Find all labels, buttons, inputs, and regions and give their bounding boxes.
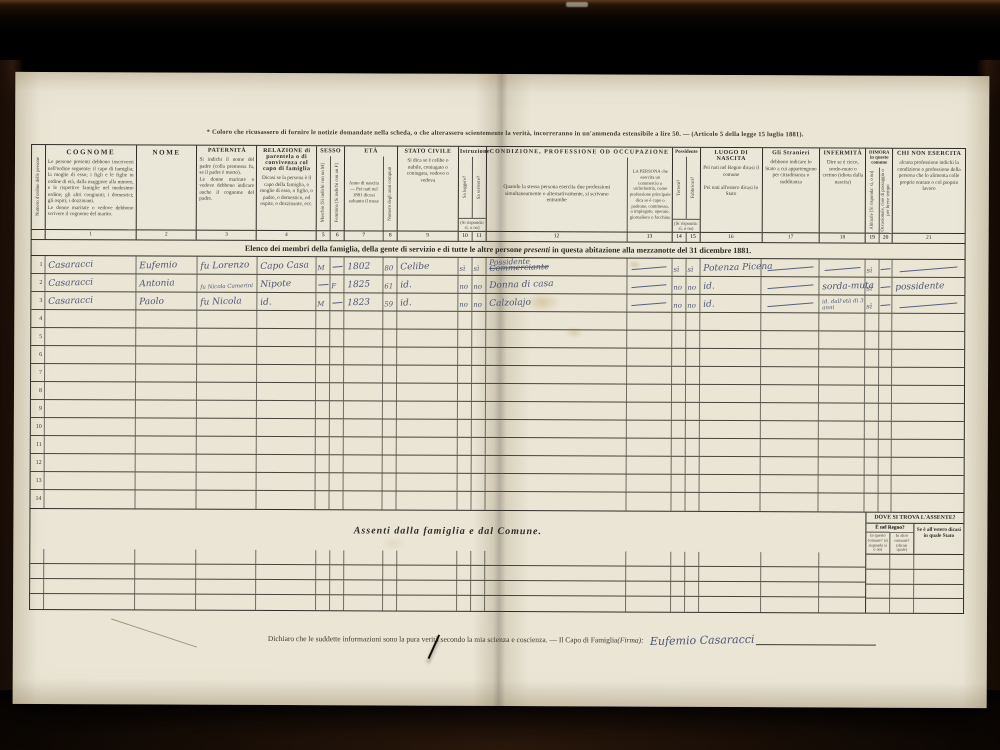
cell-occupazione bbox=[486, 330, 627, 348]
cell-cognome bbox=[45, 328, 136, 345]
cell-sesso-m bbox=[316, 580, 330, 594]
cell-luogo bbox=[700, 313, 762, 330]
cell-anno bbox=[344, 347, 383, 364]
cell-fabbricati bbox=[685, 403, 699, 420]
row-number: 9 bbox=[31, 400, 45, 417]
cell-cognome bbox=[44, 490, 135, 508]
cell-luogo bbox=[699, 567, 761, 581]
cell-sesso-f bbox=[330, 491, 344, 509]
cell-nome: Paolo bbox=[136, 292, 197, 309]
cell-terreni bbox=[672, 331, 686, 348]
cell-cognome bbox=[45, 436, 136, 453]
cell-scrive bbox=[472, 438, 486, 455]
cell-sesso-f bbox=[330, 365, 344, 382]
cell-anno bbox=[344, 365, 383, 382]
col-number: 2 bbox=[136, 229, 196, 239]
cell-occupazione: Calzolajo bbox=[486, 294, 627, 312]
cell-occasionale bbox=[879, 332, 892, 349]
cell-abituale bbox=[865, 368, 879, 385]
table-surface-top bbox=[0, 0, 1000, 78]
cell-alimento bbox=[893, 260, 965, 277]
dove-cell bbox=[866, 570, 890, 584]
sesso-f-label: Femmina [Si indichi con un F] bbox=[335, 164, 341, 223]
cell-nome bbox=[136, 346, 197, 363]
handwritten-dash bbox=[768, 284, 813, 289]
cell-relazione bbox=[256, 580, 316, 594]
col-number: 17 bbox=[762, 232, 819, 242]
handwritten-entry: 1802 bbox=[348, 262, 371, 273]
handwritten-entry: Paolo bbox=[139, 297, 164, 308]
handwritten-dash bbox=[318, 284, 328, 286]
cell-cognome bbox=[45, 418, 136, 435]
col-numbers: 1415 bbox=[672, 232, 699, 242]
dove-row bbox=[866, 555, 963, 570]
cell-scrive: no bbox=[472, 276, 486, 293]
handwritten-dash bbox=[824, 267, 860, 271]
dove-cell bbox=[914, 555, 963, 569]
cell-stranieri bbox=[762, 349, 820, 366]
col-nome: NOME 2 bbox=[136, 145, 197, 239]
cell-terreni bbox=[671, 582, 685, 596]
cell-infermita bbox=[819, 421, 865, 438]
cell-sesso-m bbox=[316, 565, 330, 579]
cell-luogo: id. bbox=[700, 295, 762, 312]
handwritten-entry: F bbox=[332, 282, 337, 290]
cell-terreni bbox=[671, 597, 685, 612]
assenti-rows bbox=[30, 549, 865, 613]
handwritten-dash bbox=[768, 302, 813, 307]
row-number: 3 bbox=[31, 292, 45, 309]
chi-non-esercita-title: CHI NON ESERCITA bbox=[893, 149, 965, 159]
cell-relazione bbox=[256, 419, 316, 436]
col-infermita: INFERMITÀ Dire se è cieco, sordo-muto o … bbox=[820, 148, 866, 242]
cell-sesso-m bbox=[316, 550, 330, 564]
cell-alimento bbox=[892, 404, 964, 421]
cell-occupazione bbox=[486, 581, 627, 596]
cell-fabbricati bbox=[686, 313, 700, 330]
cell-terreni bbox=[671, 421, 685, 438]
cell-anni bbox=[383, 329, 397, 346]
cell-paternita bbox=[196, 419, 256, 436]
row-number: 11 bbox=[31, 436, 45, 453]
cell-cognome bbox=[45, 472, 136, 489]
sa-scrivere-label: Sa scrivere? bbox=[477, 176, 482, 199]
cell-luogo bbox=[700, 367, 762, 384]
cell-occupazione: Donna di casa bbox=[486, 276, 627, 294]
cell-anno bbox=[344, 383, 383, 400]
cell-anni bbox=[383, 365, 397, 382]
cell-relazione bbox=[256, 491, 316, 509]
infermita-title: INFERMITÀ bbox=[820, 148, 865, 158]
cell-sesso-m bbox=[316, 401, 330, 418]
cell-anno: 1802 bbox=[345, 257, 384, 274]
cell-anno: 1823 bbox=[345, 293, 384, 310]
cell-qualifica bbox=[627, 421, 672, 438]
cell-scrive bbox=[472, 492, 486, 510]
handwritten-entry: id. dall'età di 3 anni bbox=[822, 298, 864, 311]
handwritten-entry: no bbox=[473, 301, 482, 309]
cell-sesso-m bbox=[316, 473, 330, 490]
cell-occasionale bbox=[879, 458, 892, 475]
cell-scrive bbox=[472, 402, 486, 419]
cell-alimento bbox=[892, 494, 964, 512]
cell-infermita bbox=[819, 403, 865, 420]
cell-sesso-m bbox=[316, 419, 330, 436]
cell-cognome: Casaracci bbox=[45, 256, 136, 273]
cell-infermita bbox=[819, 349, 865, 366]
cell-occasionale bbox=[879, 404, 892, 421]
cell-paternita bbox=[196, 580, 256, 594]
handwritten-entry: no bbox=[673, 283, 682, 291]
handwritten-dash bbox=[332, 302, 342, 304]
cell-nome bbox=[135, 490, 196, 508]
cell-sesso-m bbox=[316, 595, 330, 610]
cell-fabbricati: no bbox=[686, 277, 700, 294]
cell-paternita bbox=[197, 401, 257, 418]
cell-abituale bbox=[865, 494, 879, 512]
cell-stato bbox=[397, 456, 458, 473]
handwritten-entry: Casaracci bbox=[48, 296, 93, 307]
cell-sesso-f: F bbox=[331, 275, 345, 292]
cell-qualifica bbox=[627, 313, 672, 330]
cell-occupazione: PossidenteCommerciante bbox=[487, 258, 628, 276]
cell-occupazione bbox=[486, 402, 627, 420]
cell-abituale: sì bbox=[866, 260, 880, 277]
regno-q2: In altro comune? (dicasi quale) bbox=[890, 533, 913, 554]
cell-legge: no bbox=[458, 294, 472, 311]
cell-terreni bbox=[671, 475, 685, 492]
col-numbers: 56 bbox=[317, 230, 344, 240]
handwritten-entry: M bbox=[318, 264, 325, 272]
paternita-note: Si indichi il nome del padre (colla prem… bbox=[197, 156, 256, 230]
cell-alimento bbox=[892, 368, 964, 385]
cell-luogo bbox=[700, 331, 762, 348]
handwritten-entry: M bbox=[318, 300, 325, 308]
cell-terreni bbox=[671, 439, 685, 456]
handwritten-entry: no bbox=[459, 283, 468, 291]
handwritten-entry: no bbox=[673, 301, 682, 309]
cell-anni bbox=[383, 565, 397, 579]
cell-fabbricati: sì bbox=[686, 259, 700, 276]
cell-alimento bbox=[892, 476, 964, 493]
col-dimora: DIMORA in questo comune Abituale [Si ris… bbox=[866, 149, 893, 243]
cell-legge bbox=[458, 581, 472, 595]
handwritten-entry: sì bbox=[866, 266, 872, 274]
handwritten-entry: 1823 bbox=[347, 298, 370, 309]
cell-alimento bbox=[892, 440, 964, 457]
col-number: 4 bbox=[257, 230, 316, 240]
cell-scrive bbox=[472, 551, 486, 565]
cell-cognome bbox=[45, 400, 136, 417]
cell-stato bbox=[397, 492, 458, 510]
cell-luogo bbox=[699, 475, 761, 492]
dove-rows bbox=[866, 555, 963, 613]
cell-stranieri bbox=[762, 295, 820, 312]
cell-anni bbox=[383, 419, 397, 436]
cell-relazione: Capo Casa bbox=[257, 257, 317, 274]
cell-fabbricati bbox=[685, 552, 699, 566]
cell-occasionale bbox=[879, 350, 892, 367]
cell-terreni bbox=[671, 403, 685, 420]
col-cognome: COGNOME Le persone presenti debbono insc… bbox=[46, 145, 137, 239]
cell-occupazione bbox=[486, 366, 627, 384]
cell-luogo bbox=[699, 582, 761, 596]
dove-cell bbox=[866, 599, 890, 613]
cell-alimento bbox=[892, 458, 964, 475]
cell-cognome bbox=[45, 346, 136, 363]
cell-paternita bbox=[197, 329, 257, 346]
cell-stranieri bbox=[762, 313, 820, 330]
cell-occasionale bbox=[879, 368, 892, 385]
handwritten-entry: Calzolajo bbox=[489, 298, 531, 309]
cell-sesso-f bbox=[331, 311, 345, 328]
dove-cell bbox=[866, 584, 890, 598]
cell-cognome bbox=[44, 549, 135, 563]
row-number bbox=[30, 549, 44, 563]
cell-anno bbox=[345, 311, 384, 328]
cell-alimento bbox=[892, 314, 964, 331]
cell-nome bbox=[136, 400, 197, 417]
row-number: 12 bbox=[31, 454, 45, 471]
dove-cell bbox=[866, 555, 890, 569]
relazione-note: Dicasi se la persona è il capo della fam… bbox=[257, 174, 316, 230]
cell-sesso-m bbox=[316, 437, 330, 454]
condizione-note: Quando la stessa persona esercita due pr… bbox=[487, 184, 627, 205]
cell-occupazione bbox=[486, 551, 627, 566]
handwritten-dash bbox=[881, 286, 891, 288]
cell-stato bbox=[397, 384, 458, 401]
dove-cell bbox=[890, 599, 914, 613]
cell-paternita bbox=[197, 383, 257, 400]
cell-qualifica bbox=[627, 403, 672, 420]
cell-stato: Celibe bbox=[398, 258, 459, 275]
cell-anno bbox=[344, 491, 383, 509]
dove-head: È nel Regno? In questo comune? (si rispo… bbox=[866, 524, 963, 556]
cell-stato: id. bbox=[398, 276, 459, 293]
col-stato-civile: STATO CIVILE Si dica se è celibe o nubil… bbox=[398, 147, 459, 241]
handwritten-entry: id. bbox=[400, 280, 412, 290]
handwritten-entry: id. bbox=[260, 298, 272, 308]
cell-stranieri bbox=[761, 439, 819, 456]
cell-abituale bbox=[865, 350, 879, 367]
cell-legge bbox=[458, 366, 472, 383]
cell-legge: no bbox=[459, 276, 473, 293]
cell-scrive bbox=[472, 420, 486, 437]
cell-occupazione bbox=[486, 312, 627, 330]
cell-anno bbox=[344, 473, 383, 490]
cell-qualifica bbox=[627, 331, 672, 348]
cell-fabbricati bbox=[685, 493, 699, 511]
handwritten-entry: Casaracci bbox=[48, 260, 93, 271]
cell-nome bbox=[135, 436, 196, 453]
estero-label: Se è all'estero dicasi in quale Stato bbox=[914, 524, 963, 555]
cell-paternita: fu Nicola Camerini bbox=[197, 275, 257, 292]
row-number bbox=[30, 564, 44, 578]
declaration-line: Dichiaro che le suddette informazioni so… bbox=[268, 631, 948, 647]
cell-relazione bbox=[256, 565, 316, 579]
cell-luogo bbox=[699, 493, 761, 511]
cell-abituale bbox=[865, 458, 879, 475]
cell-stranieri bbox=[761, 385, 819, 402]
cell-fabbricati bbox=[685, 597, 699, 612]
cell-qualifica bbox=[627, 277, 672, 294]
cell-stranieri bbox=[761, 475, 819, 492]
cell-alimento bbox=[892, 386, 964, 403]
cell-occasionale bbox=[880, 296, 893, 313]
luogo-note: Pei nati nel Regno dicasi il comunePei n… bbox=[700, 164, 761, 232]
cell-cognome bbox=[45, 364, 136, 381]
cell-sesso-f bbox=[330, 455, 344, 472]
cell-sesso-m bbox=[316, 491, 330, 509]
row-number: 14 bbox=[30, 490, 44, 508]
col-number: 9 bbox=[398, 231, 458, 241]
sa-leggere-label: Sa leggere? bbox=[463, 176, 468, 198]
cell-anni bbox=[383, 383, 397, 400]
head-of-family-signature: Eufemio Casaracci bbox=[649, 633, 754, 648]
cell-stato bbox=[397, 420, 458, 437]
handwritten-entry: Eufemio bbox=[139, 260, 177, 271]
handwritten-entry: sì bbox=[473, 265, 479, 273]
cell-sesso-f bbox=[330, 550, 344, 564]
handwritten-dash bbox=[881, 304, 891, 306]
cell-occupazione bbox=[486, 438, 627, 456]
cell-nome bbox=[136, 328, 197, 345]
cell-fabbricati bbox=[686, 385, 700, 402]
cell-terreni bbox=[671, 567, 685, 581]
handwritten-entry: id. bbox=[400, 298, 412, 308]
eta-title: ETÀ bbox=[345, 146, 397, 156]
assenti-left: Assenti dalla famiglia e dal Comune. bbox=[30, 509, 866, 613]
handwritten-dash bbox=[632, 266, 667, 270]
cell-infermita bbox=[819, 367, 865, 384]
cell-cognome bbox=[44, 579, 135, 593]
row-number: 1 bbox=[32, 256, 46, 273]
cell-legge bbox=[458, 551, 472, 565]
col-sesso: SESSO Maschio [Si indichi con un M] Femm… bbox=[317, 146, 345, 240]
cell-relazione bbox=[256, 473, 316, 490]
penalty-note: * Coloro che ricusassero di fornire le n… bbox=[125, 128, 885, 138]
handwritten-entry: sì bbox=[866, 284, 872, 292]
nome-title: NOME bbox=[137, 145, 197, 158]
sesso-m-label: Maschio [Si indichi con un M] bbox=[321, 164, 327, 223]
cell-stranieri bbox=[762, 277, 820, 294]
cell-occupazione bbox=[485, 596, 626, 612]
cell-anno: 1825 bbox=[345, 275, 384, 292]
cell-stranieri bbox=[761, 403, 819, 420]
cell-legge bbox=[458, 492, 472, 510]
cell-relazione bbox=[257, 365, 317, 382]
cell-stranieri bbox=[761, 421, 819, 438]
handwritten-entry: id. bbox=[703, 300, 715, 310]
cell-abituale bbox=[865, 332, 879, 349]
cell-legge bbox=[458, 312, 472, 329]
cell-legge bbox=[458, 456, 472, 473]
paternita-title: PATERNITÀ bbox=[198, 146, 257, 156]
cell-anni bbox=[383, 455, 397, 472]
cell-relazione bbox=[256, 455, 316, 472]
table-header: Numero d'ordine delle persone COGNOME Le… bbox=[31, 144, 966, 244]
handwritten-dash bbox=[632, 302, 667, 306]
cell-anno bbox=[344, 419, 383, 436]
cell-legge bbox=[458, 420, 472, 437]
cell-sesso-m bbox=[317, 311, 331, 328]
cell-anni: 59 bbox=[384, 293, 398, 310]
dove-row bbox=[866, 599, 963, 613]
assenti-band: Assenti dalla famiglia e dal Comune. bbox=[30, 509, 865, 553]
cell-anni bbox=[383, 347, 397, 364]
dove-cell bbox=[890, 570, 914, 584]
col-eta: ETÀ Anno di nascita — Pei nati nel 1881 … bbox=[345, 146, 398, 240]
cell-occasionale bbox=[879, 314, 892, 331]
cell-terreni bbox=[672, 385, 686, 402]
handwritten-entry: Antonia bbox=[139, 278, 175, 289]
istruzione-nota: (Si risponda: sì, o no) bbox=[459, 218, 486, 231]
cell-scrive bbox=[471, 596, 485, 611]
row-number: 10 bbox=[31, 418, 45, 435]
cell-luogo bbox=[700, 349, 762, 366]
cell-relazione bbox=[256, 383, 316, 400]
cell-anni bbox=[383, 491, 397, 509]
census-form-sheet: * Coloro che ricusassero di fornire le n… bbox=[13, 72, 990, 708]
cell-luogo bbox=[700, 385, 762, 402]
cell-luogo bbox=[699, 439, 761, 456]
cell-nome bbox=[135, 564, 196, 578]
cell-sesso-f bbox=[330, 437, 344, 454]
stranieri-note: debbono indicare lo Stato a cui apparten… bbox=[762, 158, 819, 232]
cell-paternita: fu Nicola bbox=[197, 293, 257, 310]
handwritten-entry: Casaracci bbox=[48, 278, 93, 289]
cell-qualifica bbox=[627, 367, 672, 384]
row-number: 13 bbox=[31, 472, 45, 489]
col-numbers: 1213 bbox=[486, 231, 671, 242]
row-number: 7 bbox=[31, 364, 45, 381]
cell-cognome bbox=[45, 310, 136, 327]
cell-luogo bbox=[699, 457, 761, 474]
cell-sesso-f bbox=[331, 293, 345, 310]
cell-terreni bbox=[672, 349, 686, 366]
cell-infermita bbox=[819, 552, 865, 566]
cell-relazione bbox=[257, 329, 317, 346]
anno-nascita-label: Anno di nascita — Pei nati nel 1881 dice… bbox=[345, 180, 383, 206]
cell-stato bbox=[397, 596, 458, 611]
cell-abituale bbox=[865, 314, 879, 331]
cell-relazione bbox=[256, 595, 316, 610]
cell-fabbricati: no bbox=[686, 295, 700, 312]
cell-sesso-f bbox=[330, 595, 344, 610]
cell-luogo bbox=[699, 403, 761, 420]
cell-nome bbox=[136, 310, 197, 327]
cell-stato bbox=[397, 566, 458, 580]
cell-anno bbox=[344, 455, 383, 472]
cell-cognome bbox=[44, 594, 135, 609]
cell-sesso-m: M bbox=[317, 257, 331, 274]
cell-nome bbox=[136, 418, 197, 435]
handwritten-dash bbox=[768, 266, 813, 271]
cell-nome: Antonia bbox=[136, 274, 197, 291]
cell-qualifica bbox=[626, 439, 671, 456]
cell-scrive bbox=[472, 456, 486, 473]
cell-infermita bbox=[820, 259, 866, 276]
cell-luogo bbox=[699, 597, 761, 612]
cell-paternita bbox=[196, 473, 256, 490]
cell-paternita bbox=[196, 437, 256, 454]
assenti-row bbox=[30, 594, 865, 613]
handwritten-entry: fu Lorenzo bbox=[200, 260, 249, 271]
cell-abituale bbox=[865, 440, 879, 457]
cell-occupazione bbox=[486, 566, 627, 581]
col-number: 16 bbox=[700, 232, 761, 242]
cell-stato: id. bbox=[398, 294, 459, 311]
